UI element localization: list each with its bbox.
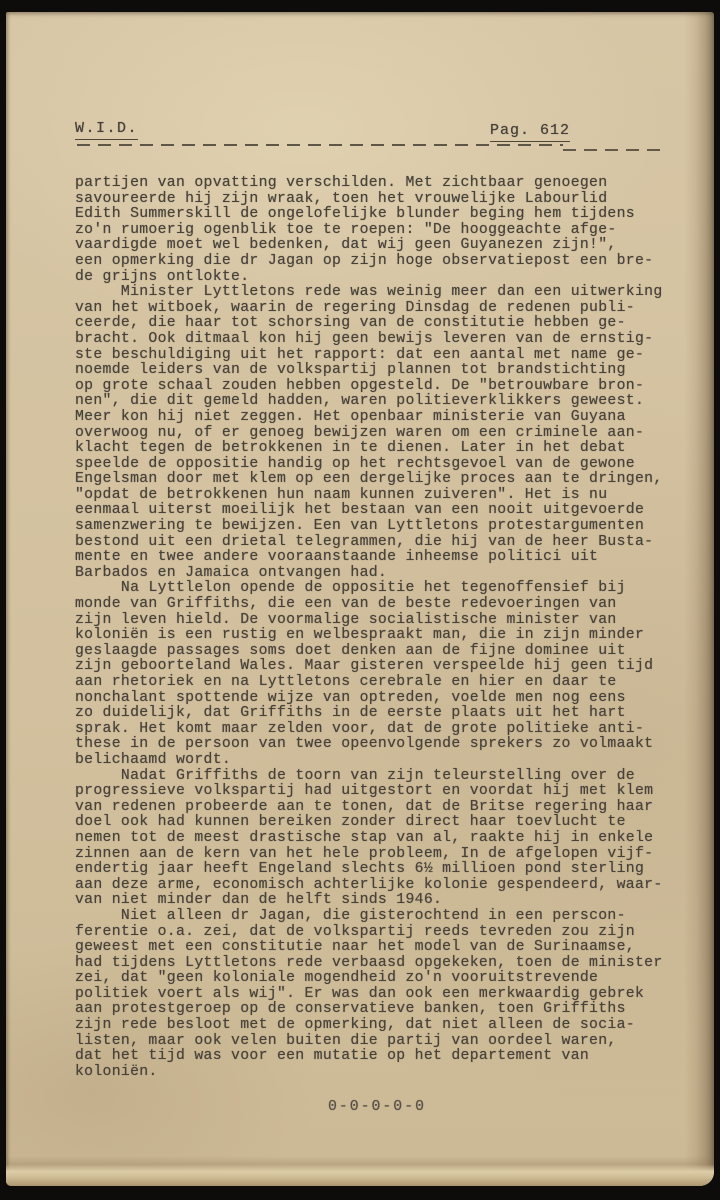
document-body: partijen van opvatting verschilden. Met … xyxy=(75,176,679,1116)
page-edge-bottom xyxy=(6,1156,714,1186)
paragraph: Minister Lyttletons rede was weinig meer… xyxy=(75,285,679,581)
header-dashed-rule xyxy=(77,144,563,146)
paragraph: Nadat Griffiths de toorn van zijn teleur… xyxy=(75,769,679,909)
document-page: W.I.D. Pag. 612 partijen van opvatting v… xyxy=(6,12,714,1186)
page-edge-right xyxy=(684,12,714,1186)
page-number-label: Pag. 612 xyxy=(490,122,570,142)
document-code: W.I.D. xyxy=(75,120,138,140)
scanned-document: W.I.D. Pag. 612 partijen van opvatting v… xyxy=(0,0,720,1200)
paragraph: Na Lyttlelon opende de oppositie het teg… xyxy=(75,581,679,768)
paragraph: partijen van opvatting verschilden. Met … xyxy=(75,176,679,285)
paragraph: Niet alleen dr Jagan, die gisterochtend … xyxy=(75,909,679,1081)
header-dashed-rule-tail xyxy=(563,149,663,151)
end-of-article-mark: 0-0-0-0-0 xyxy=(75,1100,679,1116)
page-header: W.I.D. Pag. 612 xyxy=(75,120,663,168)
